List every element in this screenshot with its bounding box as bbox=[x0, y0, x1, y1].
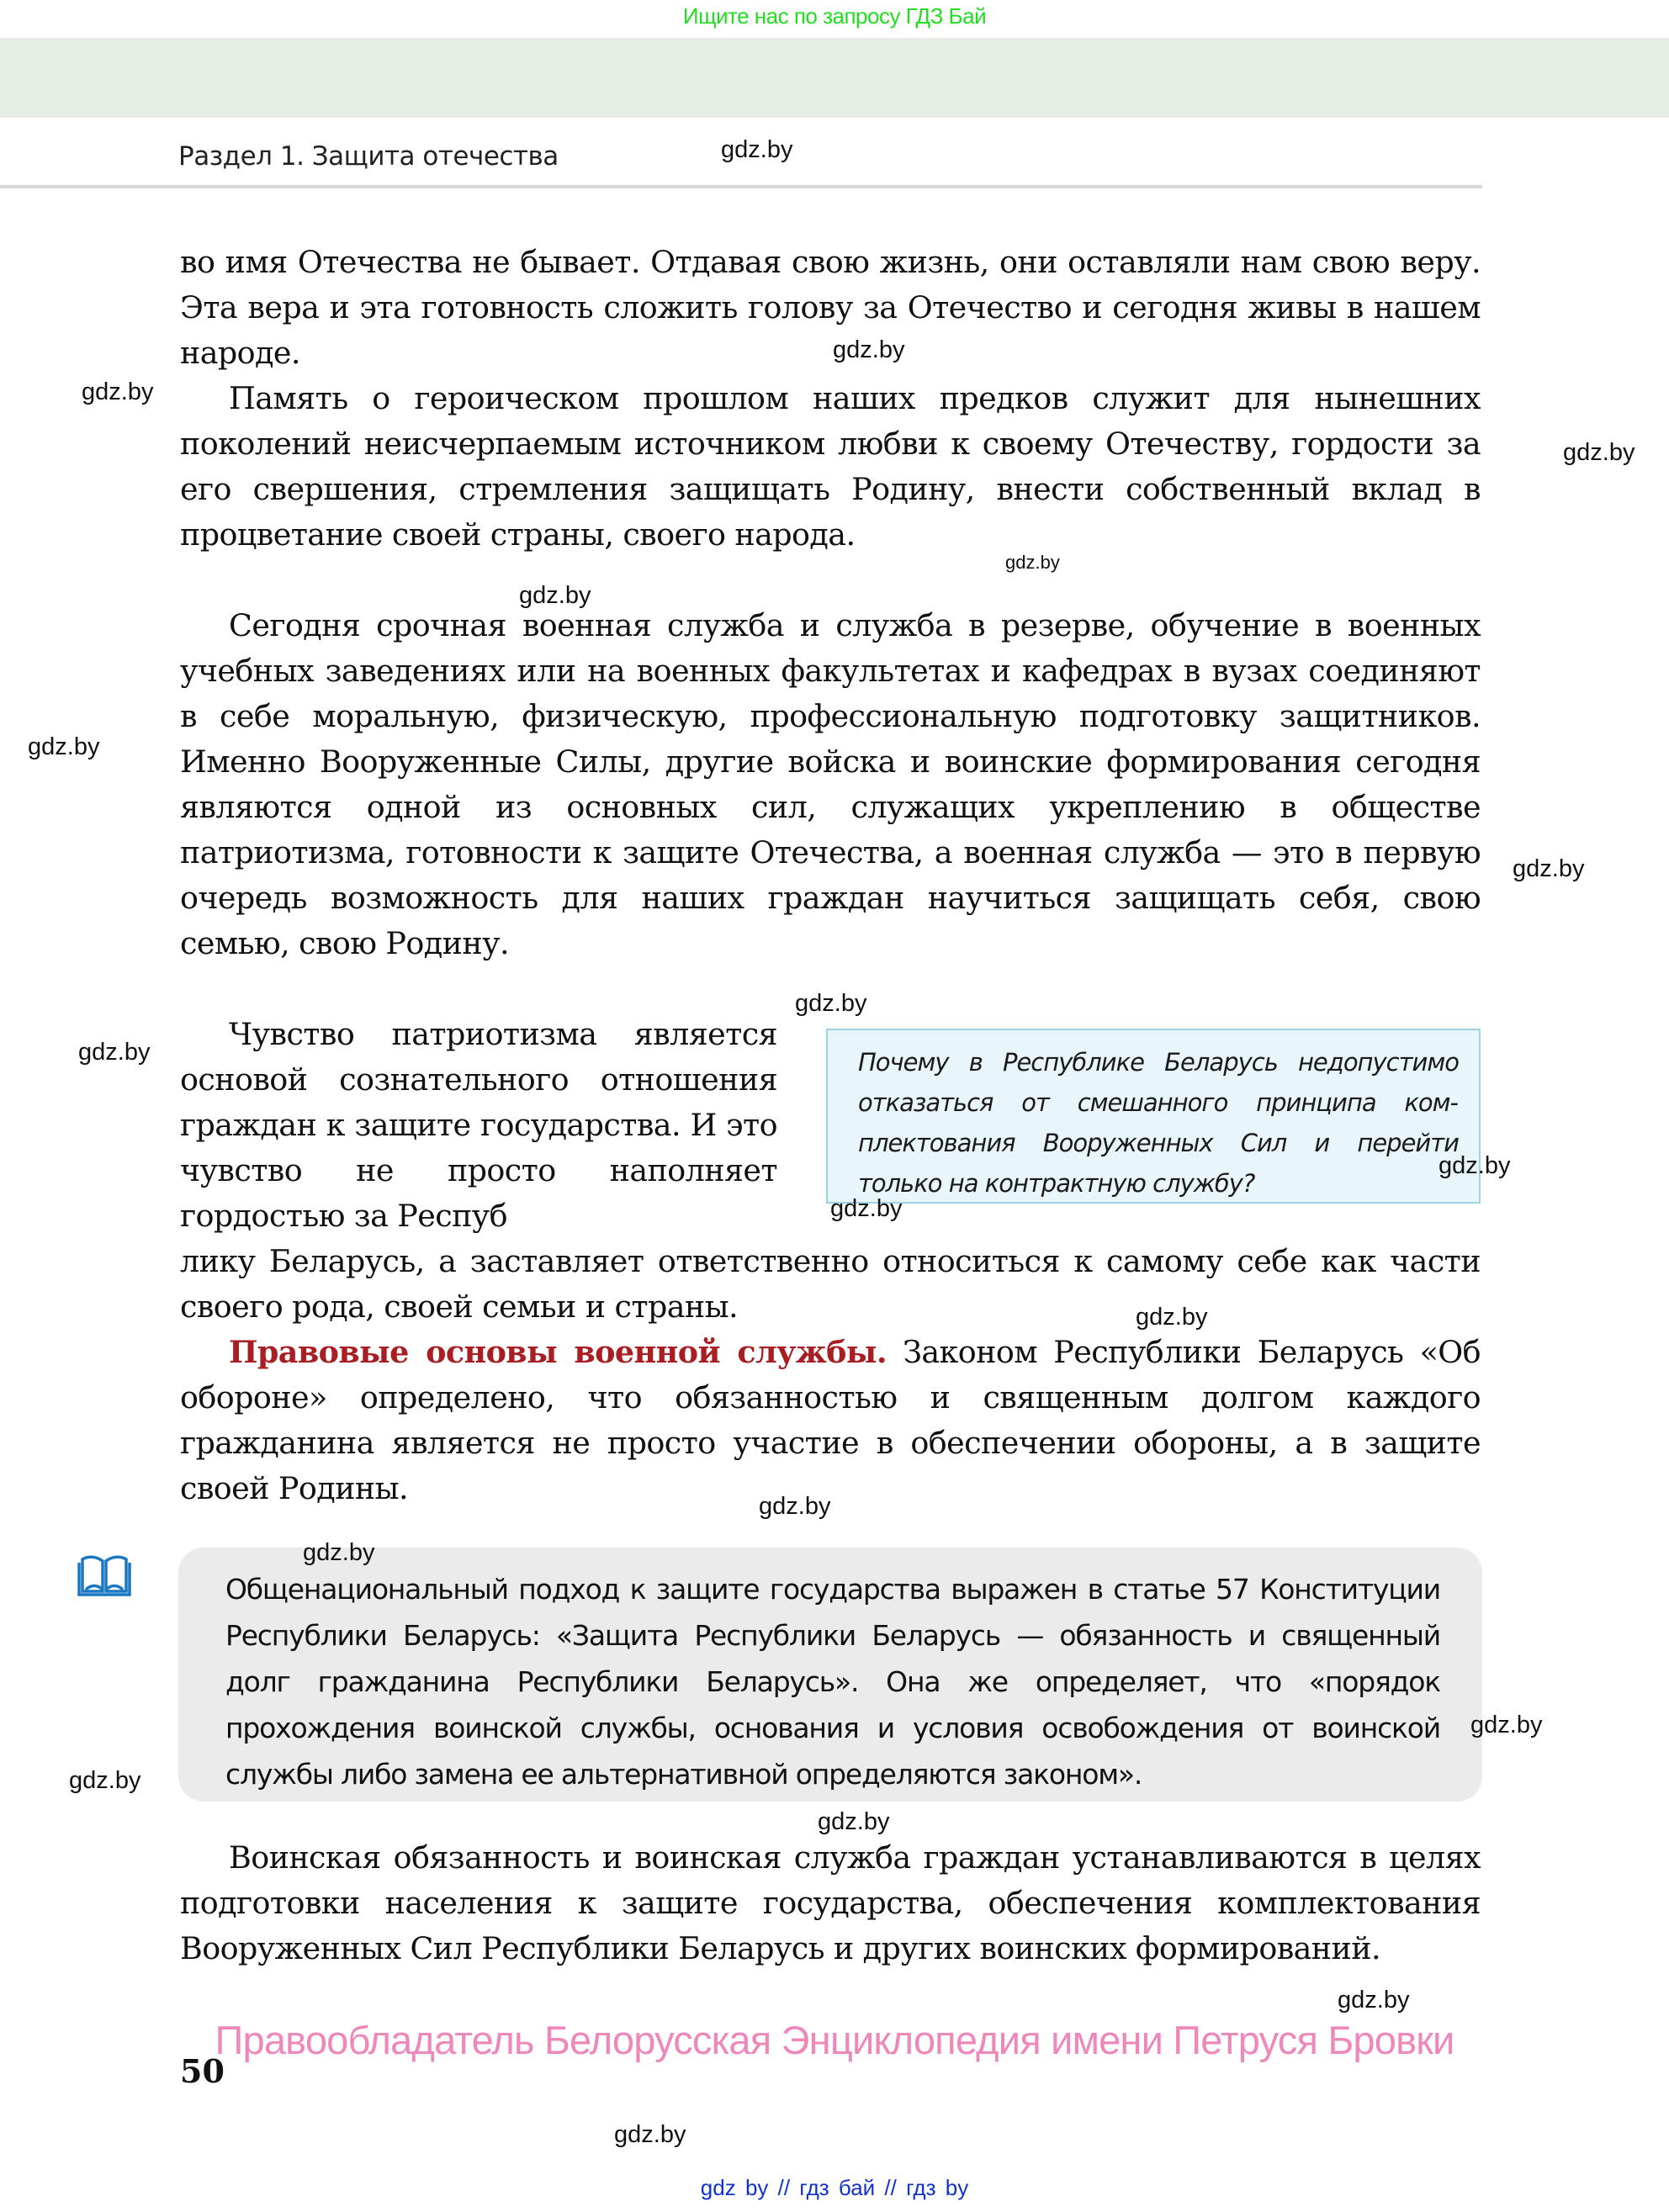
watermark: gdz.by bbox=[519, 582, 591, 610]
paragraph-5: Правовые основы военной службы. Законом … bbox=[180, 1330, 1481, 1511]
paragraph-3: Сегодня срочная военная служба и служба … bbox=[180, 603, 1481, 966]
watermark: gdz.by bbox=[614, 2121, 686, 2149]
constitution-quote-box: Общенациональный подход к защите государ… bbox=[178, 1548, 1482, 1802]
watermark: gdz.by bbox=[818, 1808, 889, 1836]
watermark: gdz.by bbox=[78, 1039, 150, 1066]
copyright-notice: Правообладатель Белорусская Энциклопедия… bbox=[0, 2017, 1669, 2063]
section-title: Раздел 1. Защита отечества bbox=[178, 141, 559, 172]
paragraph-1-text: во имя Отечества не бывает. Отдавая свою… bbox=[180, 240, 1481, 376]
question-callout: Почему в Республике Беларусь недопустимо… bbox=[826, 1029, 1481, 1204]
search-hint-banner: Ищите нас по запросу ГДЗ Бай bbox=[0, 3, 1669, 29]
footer-links[interactable]: gdz by // гдз бай // гдз by bbox=[0, 2175, 1669, 2201]
watermark: gdz.by bbox=[1338, 1987, 1409, 2014]
paragraph-2: Память о героическом прошлом наших предк… bbox=[180, 376, 1481, 558]
watermark: gdz.by bbox=[1005, 552, 1060, 574]
watermark: gdz.by bbox=[1136, 1304, 1207, 1331]
watermark: gdz.by bbox=[82, 378, 153, 406]
watermark: gdz.by bbox=[1470, 1712, 1542, 1739]
paragraph-6: Воинская обязанность и воинская служба г… bbox=[180, 1835, 1481, 1971]
watermark: gdz.by bbox=[69, 1767, 140, 1795]
page-number: 50 bbox=[180, 2052, 225, 2090]
paragraph-5-text: Правовые основы военной службы. Законом … bbox=[180, 1330, 1481, 1511]
watermark: gdz.by bbox=[721, 136, 792, 164]
watermark: gdz.by bbox=[833, 336, 904, 364]
paragraph-4-rest: лику Беларусь, а заставляет ответственно… bbox=[180, 1239, 1481, 1330]
paragraph-4-wrapped: Чувство патриотизма являет­ся основой со… bbox=[180, 1012, 777, 1239]
watermark: gdz.by bbox=[795, 990, 866, 1018]
watermark: gdz.by bbox=[303, 1539, 374, 1567]
book-icon bbox=[77, 1554, 131, 1598]
paragraph-3-text: Сегодня срочная военная служба и служба … bbox=[180, 603, 1481, 966]
header-divider bbox=[0, 185, 1482, 188]
watermark: gdz.by bbox=[1563, 439, 1635, 467]
watermark: gdz.by bbox=[759, 1493, 830, 1521]
legal-basis-heading: Правовые основы военной службы. bbox=[229, 1334, 887, 1370]
watermark: gdz.by bbox=[830, 1195, 902, 1223]
paragraph-4-wrapped-text: Чувство патриотизма являет­ся основой со… bbox=[180, 1012, 777, 1239]
paragraph-2-text: Память о героическом прошлом наших предк… bbox=[180, 376, 1481, 558]
watermark: gdz.by bbox=[1439, 1152, 1510, 1180]
watermark: gdz.by bbox=[28, 733, 99, 761]
question-callout-text: Почему в Республике Беларусь недопустимо… bbox=[858, 1048, 1459, 1198]
watermark: gdz.by bbox=[1513, 855, 1584, 883]
paragraph-4-rest-text: лику Беларусь, а заставляет ответственно… bbox=[180, 1239, 1481, 1330]
paragraph-1: во имя Отечества не бывает. Отдавая свою… bbox=[180, 240, 1481, 376]
header-band bbox=[0, 38, 1669, 118]
constitution-quote-text: Общенациональный подход к защите государ… bbox=[225, 1573, 1440, 1791]
paragraph-6-text: Воинская обязанность и воинская служба г… bbox=[180, 1835, 1481, 1971]
